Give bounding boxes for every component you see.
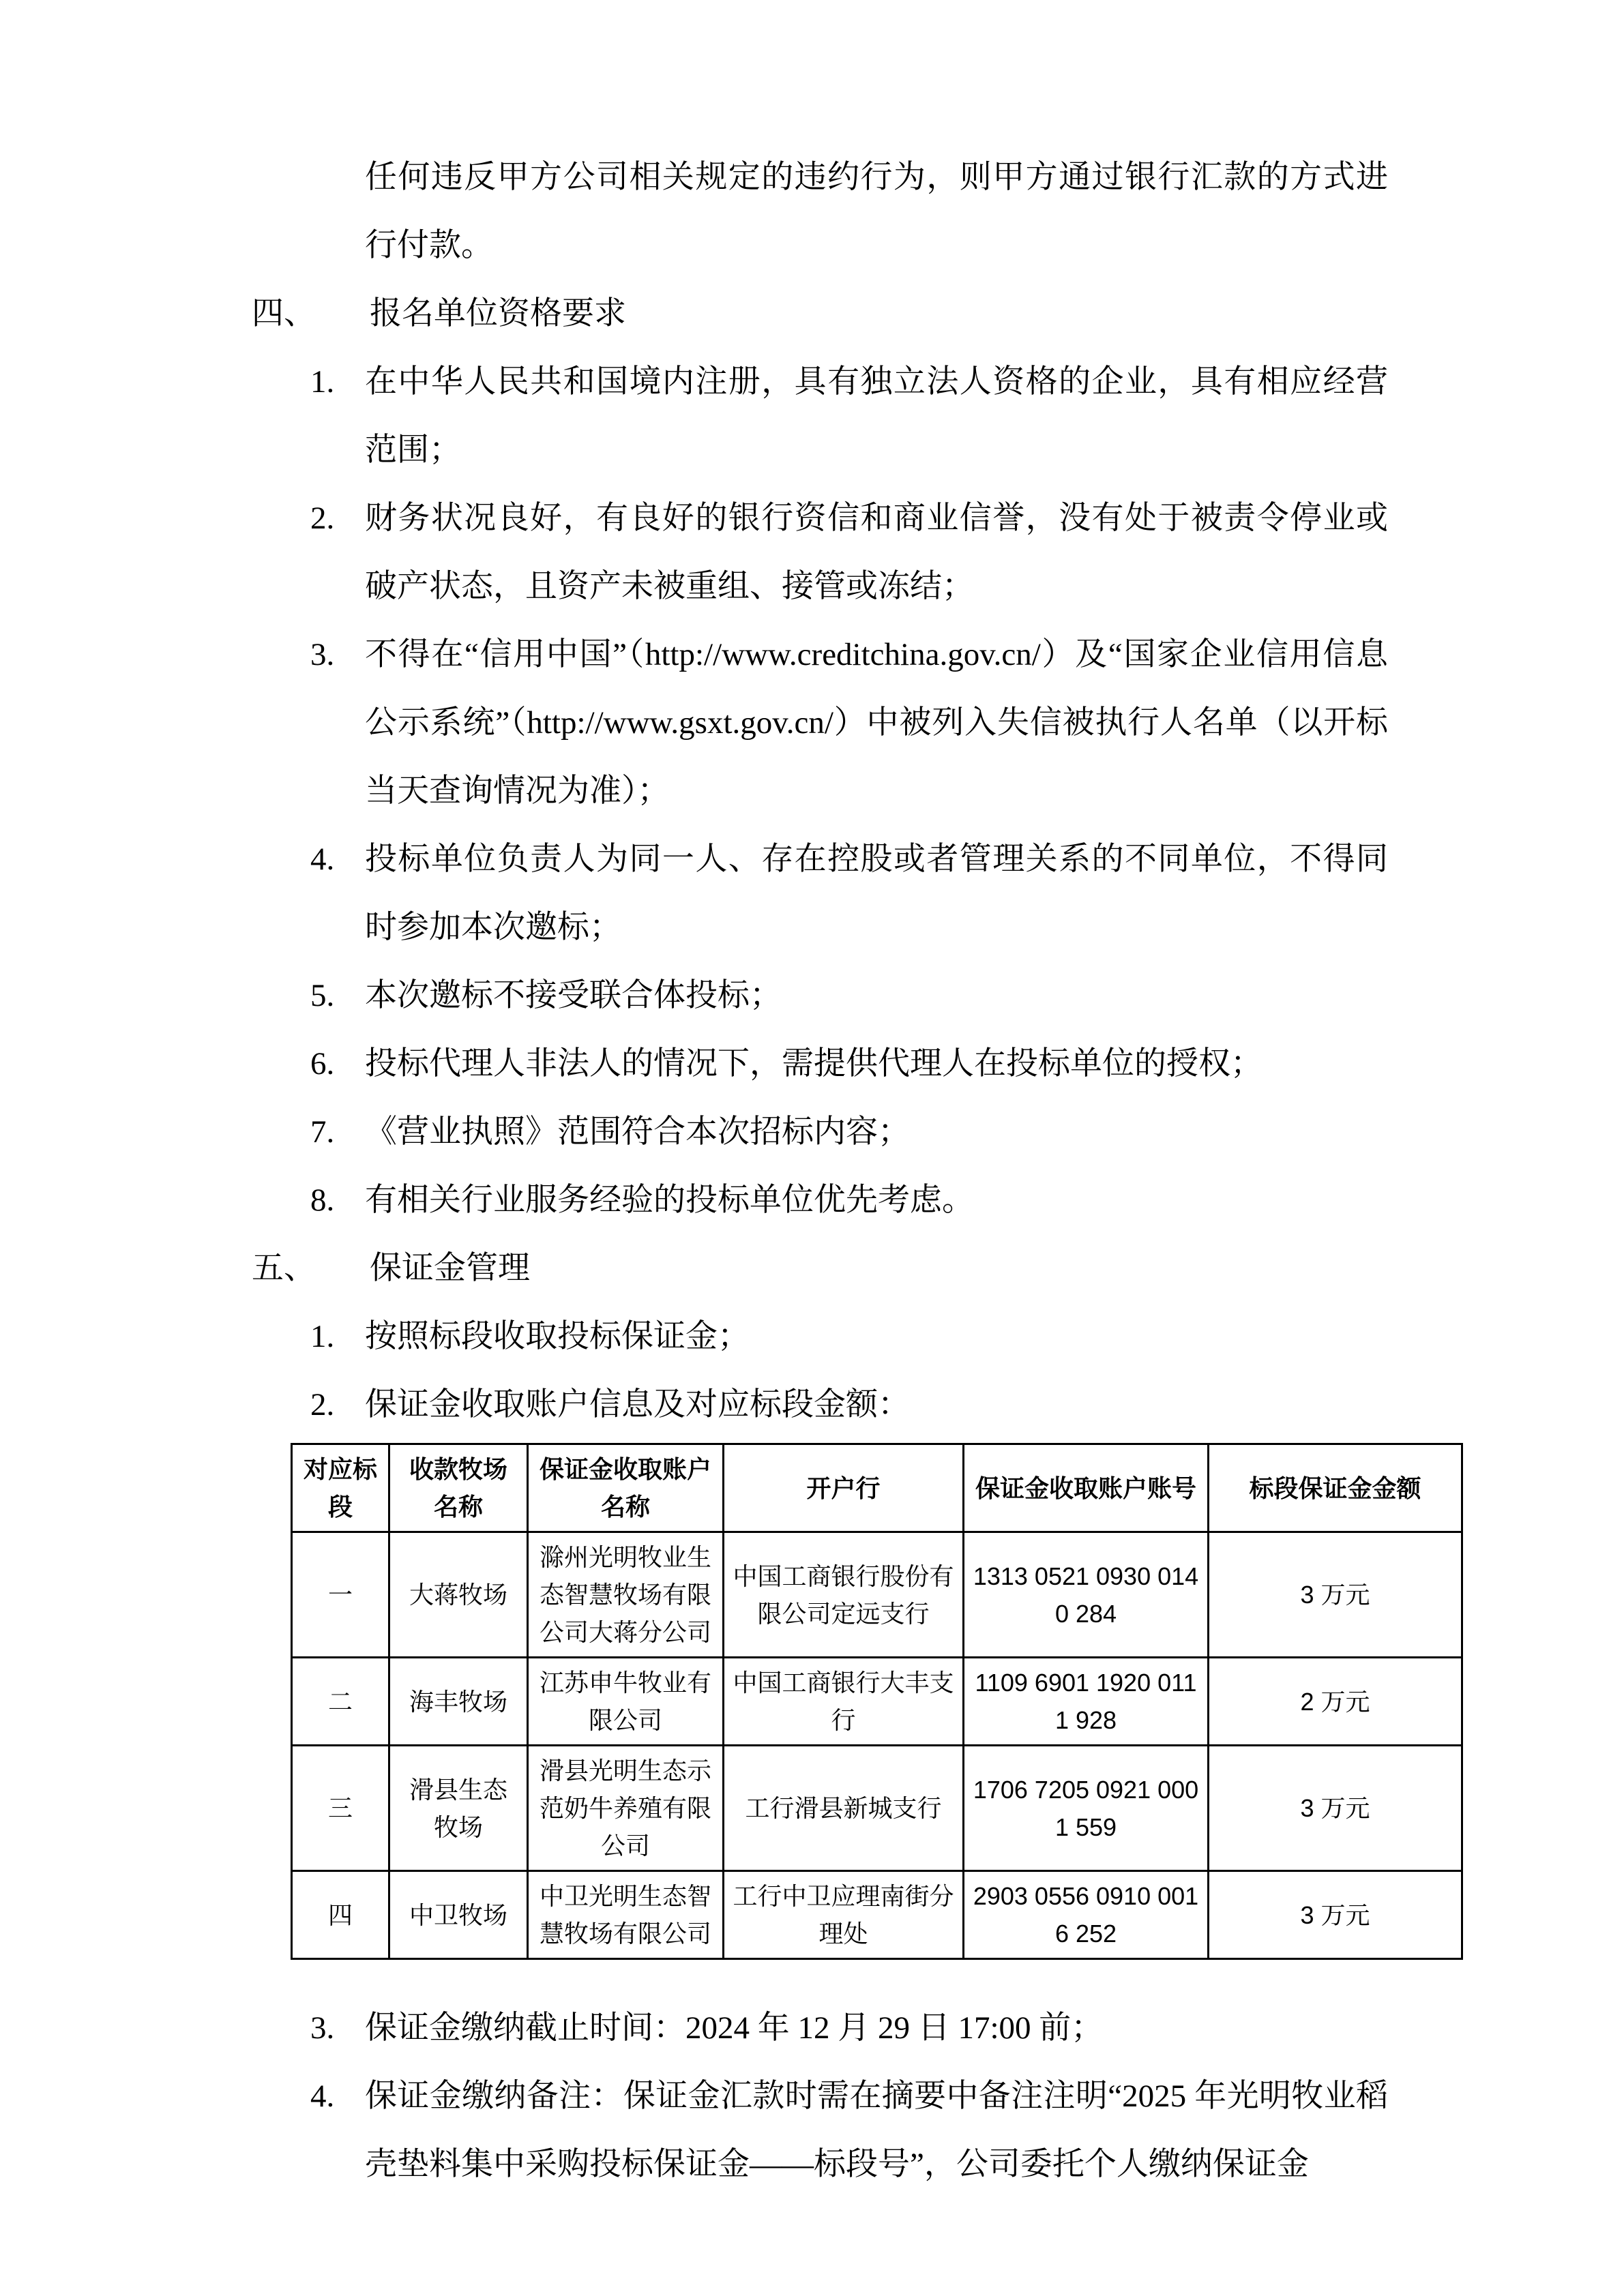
- table-header-cell: 标段保证金金额: [1209, 1444, 1462, 1532]
- list-item-text: 投标单位负责人为同一人、存在控股或者管理关系的不同单位，不得同时参加本次邀标；: [365, 825, 1388, 961]
- list-item-number: 5.: [310, 961, 365, 1030]
- list-item: 4. 投标单位负责人为同一人、存在控股或者管理关系的不同单位，不得同时参加本次邀…: [310, 825, 1388, 961]
- table-cell-account-name: 江苏申牛牧业有限公司: [528, 1658, 724, 1746]
- deposit-account-table: 对应标段 收款牧场名称 保证金收取账户名称 开户行 保证金收取账户账号 标段保证…: [291, 1443, 1463, 1960]
- list-item-number: 6.: [310, 1030, 365, 1098]
- list-item-text: 《营业执照》范围符合本次招标内容；: [365, 1098, 1388, 1166]
- table-cell-lot: 四: [292, 1871, 389, 1959]
- list-item: 4. 保证金缴纳备注：保证金汇款时需在摘要中备注注明“2025 年光明牧业稻壳垫…: [310, 2062, 1388, 2198]
- table-cell-lot: 一: [292, 1532, 389, 1658]
- table-cell-lot: 三: [292, 1746, 389, 1871]
- list-item-text: 按照标段收取投标保证金；: [365, 1302, 1388, 1371]
- table-cell-farm: 中卫牧场: [389, 1871, 528, 1959]
- table-cell-bank: 中国工商银行大丰支行: [724, 1658, 964, 1746]
- list-item-number: 1.: [310, 1302, 365, 1371]
- table-cell-account-number: 2903 0556 0910 0016 252: [964, 1871, 1209, 1959]
- list-item: 3. 不得在“信用中国”（http://www.creditchina.gov.…: [310, 621, 1388, 825]
- table-header-cell: 收款牧场名称: [389, 1444, 528, 1532]
- list-item-number: 8.: [310, 1166, 365, 1234]
- list-item: 2. 财务状况良好，有良好的银行资信和商业信誉，没有处于被责令停业或破产状态，且…: [310, 484, 1388, 621]
- table-cell-account-number: 1109 6901 1920 0111 928: [964, 1658, 1209, 1746]
- list-item: 1. 按照标段收取投标保证金；: [310, 1302, 1388, 1371]
- list-item-number: 3.: [310, 621, 365, 825]
- section-heading-4: 四、报名单位资格要求: [252, 280, 1624, 348]
- list-item-text: 有相关行业服务经验的投标单位优先考虑。: [365, 1166, 1388, 1234]
- table-row: 一 大蒋牧场 滁州光明牧业生态智慧牧场有限公司大蒋分公司 中国工商银行股份有限公…: [292, 1532, 1462, 1658]
- list-item: 8. 有相关行业服务经验的投标单位优先考虑。: [310, 1166, 1388, 1234]
- table-cell-amount: 3 万元: [1209, 1532, 1462, 1658]
- table-cell-account-number: 1706 7205 0921 0001 559: [964, 1746, 1209, 1871]
- table-header-cell: 保证金收取账户账号: [964, 1444, 1209, 1532]
- table-cell-farm: 大蒋牧场: [389, 1532, 528, 1658]
- list-item-number: 2.: [310, 484, 365, 621]
- table-row: 三 滑县生态牧场 滑县光明生态示范奶牛养殖有限公司 工行滑县新城支行 1706 …: [292, 1746, 1462, 1871]
- section-heading-5: 五、保证金管理: [252, 1234, 1624, 1302]
- table-cell-account-name: 中卫光明生态智慧牧场有限公司: [528, 1871, 724, 1959]
- list-item-number: 3.: [310, 1994, 365, 2062]
- table-row: 四 中卫牧场 中卫光明生态智慧牧场有限公司 工行中卫应理南街分理处 2903 0…: [292, 1871, 1462, 1959]
- list-item: 6. 投标代理人非法人的情况下，需提供代理人在投标单位的授权；: [310, 1030, 1388, 1098]
- table-header-row: 对应标段 收款牧场名称 保证金收取账户名称 开户行 保证金收取账户账号 标段保证…: [292, 1444, 1462, 1532]
- list-item-text: 财务状况良好，有良好的银行资信和商业信誉，没有处于被责令停业或破产状态，且资产未…: [365, 484, 1388, 621]
- table-cell-farm: 滑县生态牧场: [389, 1746, 528, 1871]
- section-4-marker: 四、: [252, 280, 370, 348]
- list-item-text: 投标代理人非法人的情况下，需提供代理人在投标单位的授权；: [365, 1030, 1388, 1098]
- list-item-text: 在中华人民共和国境内注册，具有独立法人资格的企业，具有相应经营范围；: [365, 348, 1388, 484]
- table-header-cell: 对应标段: [292, 1444, 389, 1532]
- table-cell-bank: 中国工商银行股份有限公司定远支行: [724, 1532, 964, 1658]
- table-cell-amount: 3 万元: [1209, 1746, 1462, 1871]
- section-5-marker: 五、: [252, 1234, 370, 1302]
- list-item-number: 7.: [310, 1098, 365, 1166]
- section-4-title: 报名单位资格要求: [370, 296, 626, 331]
- table-header-cell: 开户行: [724, 1444, 964, 1532]
- table-cell-bank: 工行中卫应理南街分理处: [724, 1871, 964, 1959]
- list-item: 7. 《营业执照》范围符合本次招标内容；: [310, 1098, 1388, 1166]
- table-cell-amount: 2 万元: [1209, 1658, 1462, 1746]
- list-item-number: 1.: [310, 348, 365, 484]
- section-5-title: 保证金管理: [370, 1251, 530, 1286]
- table-cell-lot: 二: [292, 1658, 389, 1746]
- table-cell-account-name: 滑县光明生态示范奶牛养殖有限公司: [528, 1746, 724, 1871]
- table-cell-bank: 工行滑县新城支行: [724, 1746, 964, 1871]
- list-item: 5. 本次邀标不接受联合体投标；: [310, 961, 1388, 1030]
- list-item: 2. 保证金收取账户信息及对应标段金额：: [310, 1371, 1388, 1439]
- list-item-number: 4.: [310, 825, 365, 961]
- list-item-number: 2.: [310, 1371, 365, 1439]
- table-cell-account-name: 滁州光明牧业生态智慧牧场有限公司大蒋分公司: [528, 1532, 724, 1658]
- table-header-cell: 保证金收取账户名称: [528, 1444, 724, 1532]
- list-item-text: 保证金收取账户信息及对应标段金额：: [365, 1371, 1388, 1439]
- list-item-text: 不得在“信用中国”（http://www.creditchina.gov.cn/…: [365, 621, 1388, 825]
- table-row: 二 海丰牧场 江苏申牛牧业有限公司 中国工商银行大丰支行 1109 6901 1…: [292, 1658, 1462, 1746]
- document-page: 任何违反甲方公司相关规定的违约行为，则甲方通过银行汇款的方式进行付款。 四、报名…: [0, 0, 1624, 2296]
- list-item-text: 本次邀标不接受联合体投标；: [365, 961, 1388, 1030]
- paragraph-continuation: 任何违反甲方公司相关规定的违约行为，则甲方通过银行汇款的方式进行付款。: [365, 143, 1388, 280]
- list-item-number: 4.: [310, 2062, 365, 2198]
- list-item: 1. 在中华人民共和国境内注册，具有独立法人资格的企业，具有相应经营范围；: [310, 348, 1388, 484]
- list-item-text: 保证金缴纳备注：保证金汇款时需在摘要中备注注明“2025 年光明牧业稻壳垫料集中…: [365, 2062, 1388, 2198]
- table-cell-farm: 海丰牧场: [389, 1658, 528, 1746]
- list-item: 3. 保证金缴纳截止时间：2024 年 12 月 29 日 17:00 前；: [310, 1994, 1388, 2062]
- list-item-text: 保证金缴纳截止时间：2024 年 12 月 29 日 17:00 前；: [365, 1994, 1388, 2062]
- table-cell-amount: 3 万元: [1209, 1871, 1462, 1959]
- table-cell-account-number: 1313 0521 0930 0140 284: [964, 1532, 1209, 1658]
